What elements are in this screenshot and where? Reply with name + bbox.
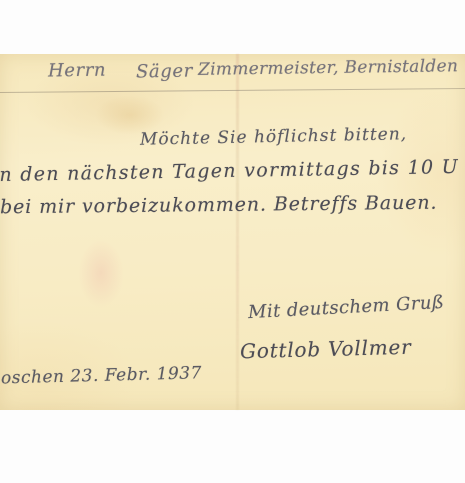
signature: Gottlob Vollmer xyxy=(240,335,412,363)
vertical-fold-crease xyxy=(236,54,239,410)
body-line-3: bei mir vorbeizukommen. Betreffs Bauen. xyxy=(0,192,438,219)
recipient-title-place: Zimmermeister, Bernistalden xyxy=(198,56,458,80)
letter-scan: Herrn Säger Zimmermeister, Bernistalden … xyxy=(0,0,465,483)
recipient-salutation: Herrn xyxy=(48,59,107,81)
recipient-name: Säger xyxy=(136,61,193,83)
paper-stain-pink xyxy=(78,238,124,308)
